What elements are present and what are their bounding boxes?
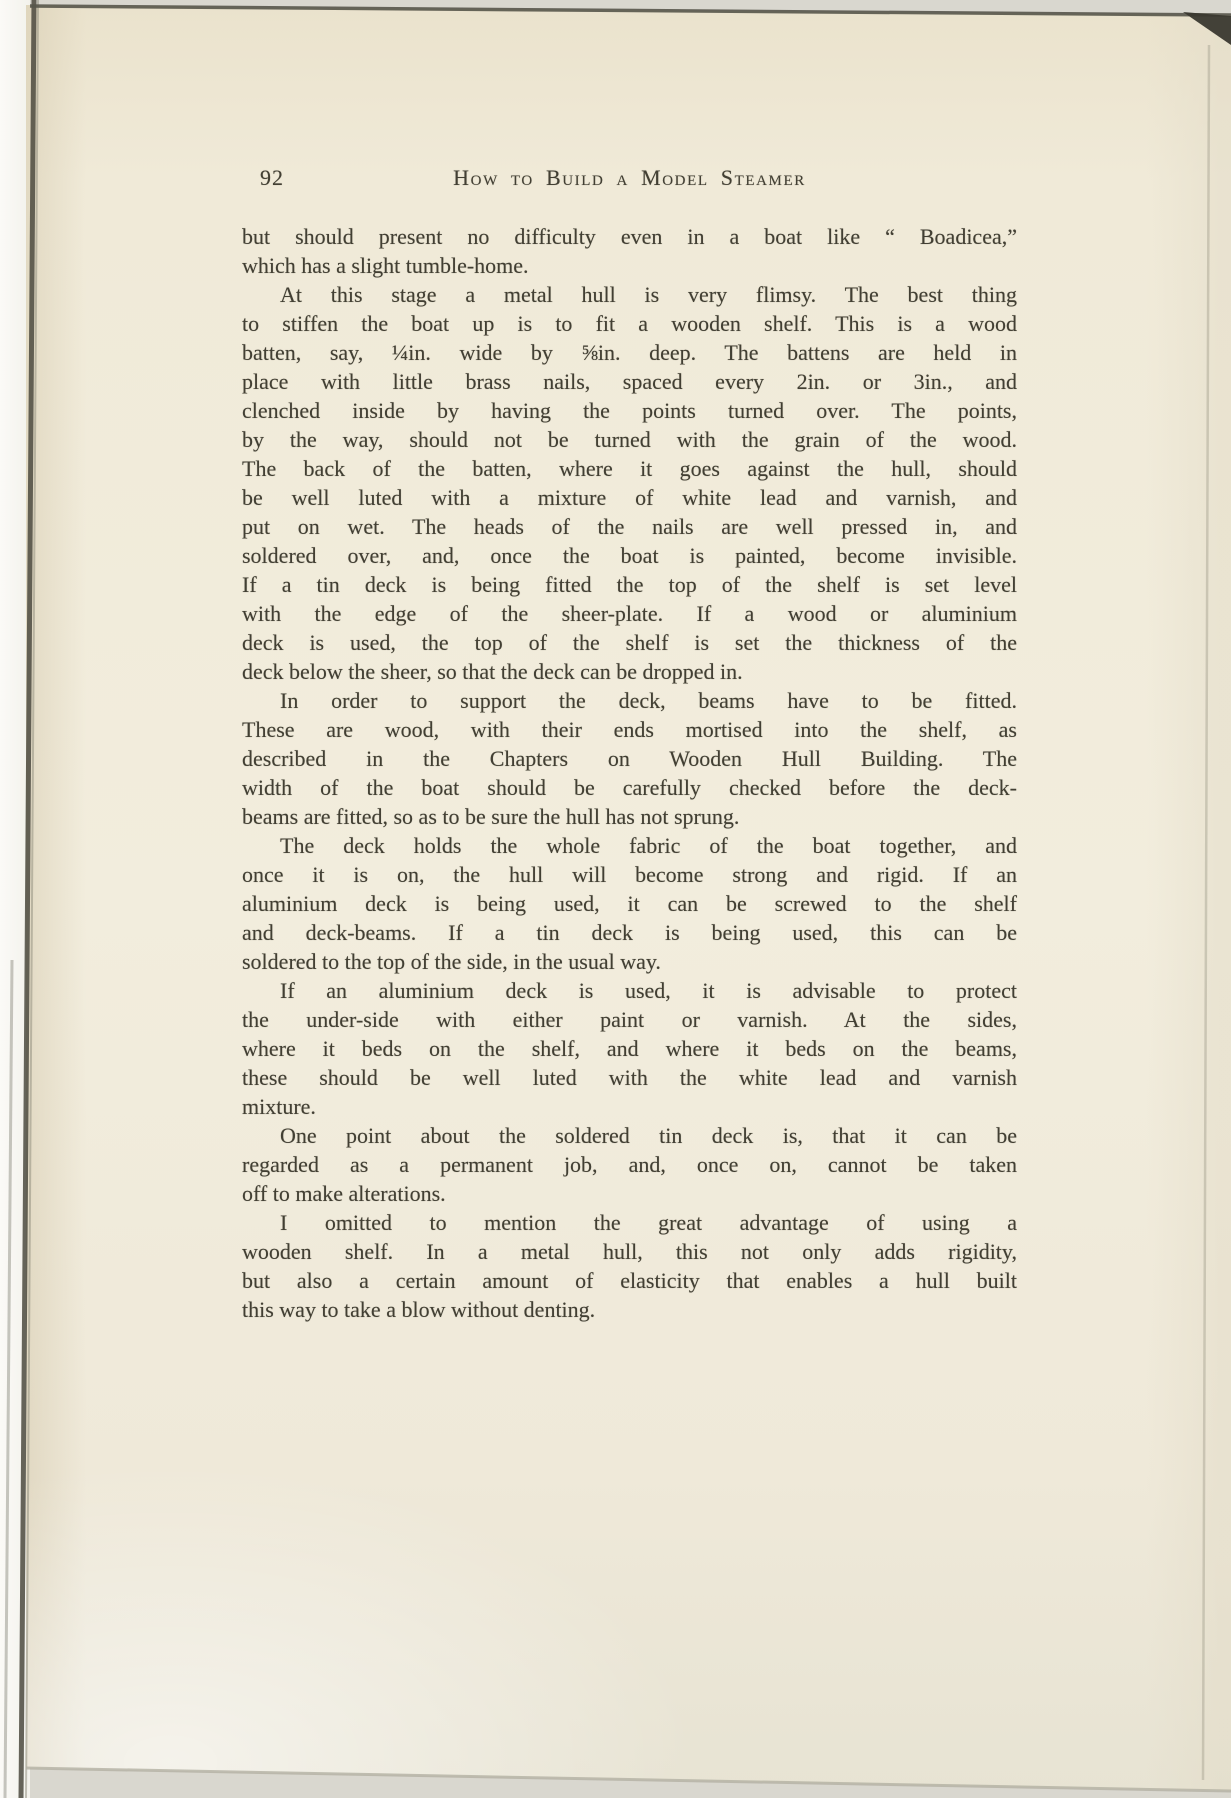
text-line: regarded as a permanent job, and, once o… — [242, 1150, 1017, 1179]
text-line: The deck holds the whole fabric of the b… — [242, 831, 1017, 860]
text-line: wooden shelf. In a metal hull, this not … — [242, 1237, 1017, 1266]
text-line: At this stage a metal hull is very flims… — [242, 280, 1017, 309]
text-line: In order to support the deck, beams have… — [242, 686, 1017, 715]
text-line: beams are fitted, so as to be sure the h… — [242, 802, 1017, 831]
text-line: aluminium deck is being used, it can be … — [242, 889, 1017, 918]
text-line: batten, say, ¼in. wide by ⅝in. deep. The… — [242, 338, 1017, 367]
text-line: these should be well luted with the whit… — [242, 1063, 1017, 1092]
book-page-scan: 92 How to Build a Model Steamer but shou… — [0, 0, 1231, 1798]
text-line: and deck-beams. If a tin deck is being u… — [242, 918, 1017, 947]
page-header: 92 How to Build a Model Steamer — [242, 165, 1017, 194]
text-line: described in the Chapters on Wooden Hull… — [242, 744, 1017, 773]
text-line: deck below the sheer, so that the deck c… — [242, 657, 1017, 686]
page-number: 92 — [260, 165, 284, 191]
text-line: The back of the batten, where it goes ag… — [242, 454, 1017, 483]
text-line: deck is used, the top of the shelf is se… — [242, 628, 1017, 657]
text-line: These are wood, with their ends mortised… — [242, 715, 1017, 744]
text-line: clenched inside by having the points tur… — [242, 396, 1017, 425]
text-line: mixture. — [242, 1092, 1017, 1121]
text-line: off to make alterations. — [242, 1179, 1017, 1208]
text-line: soldered to the top of the side, in the … — [242, 947, 1017, 976]
text-line: place with little brass nails, spaced ev… — [242, 367, 1017, 396]
text-line: but also a certain amount of elasticity … — [242, 1266, 1017, 1295]
text-line: this way to take a blow without denting. — [242, 1295, 1017, 1324]
body-text: but should present no difficulty even in… — [242, 222, 1017, 1324]
page-content: 92 How to Build a Model Steamer but shou… — [242, 165, 1017, 1324]
text-line: once it is on, the hull will become stro… — [242, 860, 1017, 889]
text-line: with the edge of the sheer-plate. If a w… — [242, 599, 1017, 628]
text-line: I omitted to mention the great advantage… — [242, 1208, 1017, 1237]
text-line: to stiffen the boat up is to fit a woode… — [242, 309, 1017, 338]
running-header-title: How to Build a Model Steamer — [453, 165, 806, 191]
text-line: put on wet. The heads of the nails are w… — [242, 512, 1017, 541]
text-line: soldered over, and, once the boat is pai… — [242, 541, 1017, 570]
text-line: where it beds on the shelf, and where it… — [242, 1034, 1017, 1063]
text-line: be well luted with a mixture of white le… — [242, 483, 1017, 512]
text-line: but should present no difficulty even in… — [242, 222, 1017, 251]
text-line: by the way, should not be turned with th… — [242, 425, 1017, 454]
scan-left-margin — [0, 0, 30, 1798]
text-line: If an aluminium deck is used, it is advi… — [242, 976, 1017, 1005]
text-line: which has a slight tumble-home. — [242, 251, 1017, 280]
text-line: If a tin deck is being fitted the top of… — [242, 570, 1017, 599]
text-line: One point about the soldered tin deck is… — [242, 1121, 1017, 1150]
text-line: width of the boat should be carefully ch… — [242, 773, 1017, 802]
text-line: the under-side with either paint or varn… — [242, 1005, 1017, 1034]
